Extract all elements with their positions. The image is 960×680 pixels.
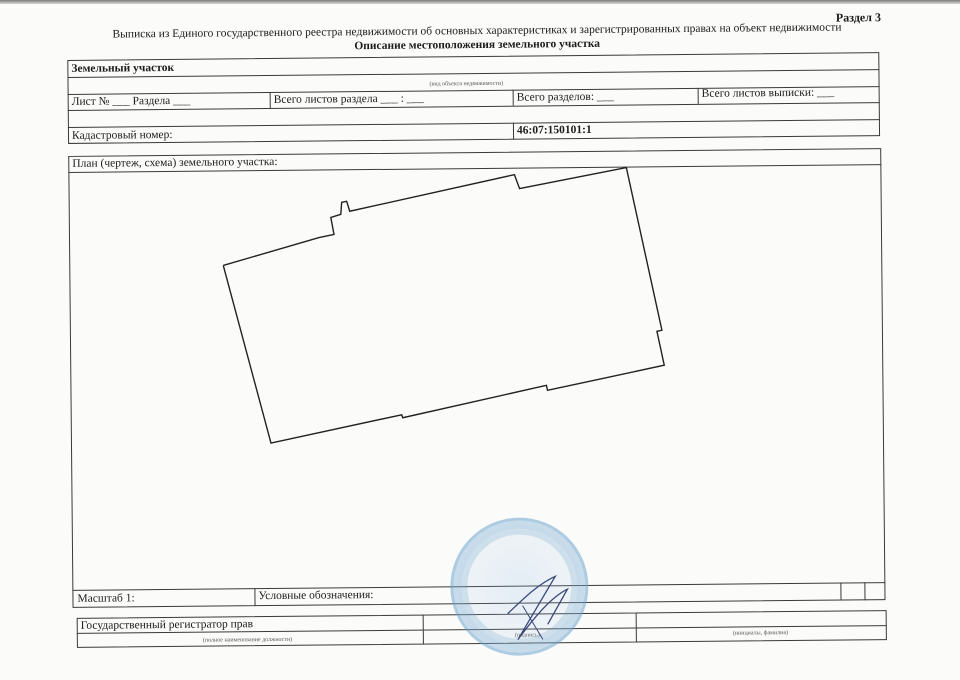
document-page: Раздел 3 Выписка из Единого государствен… <box>0 0 960 680</box>
signature-mark <box>0 0 960 680</box>
